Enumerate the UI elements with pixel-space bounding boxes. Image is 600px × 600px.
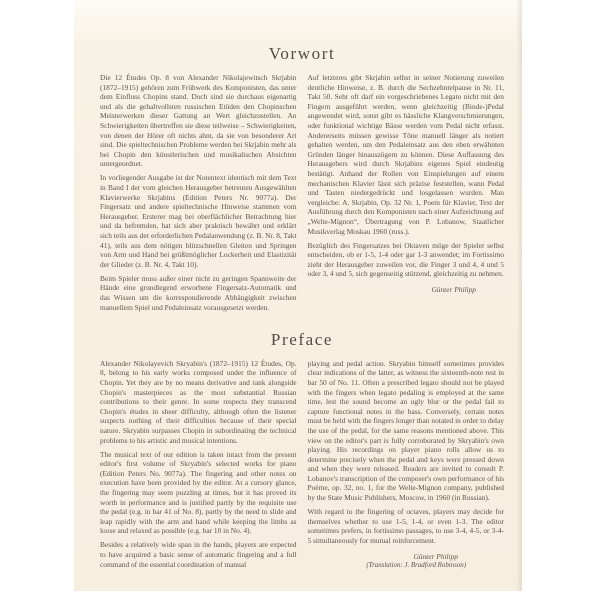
paragraph: Beim Spieler muss außer einer nicht zu g… (100, 274, 297, 312)
preface-columns: Alexander Nikolayevich Skryabin's (1872–… (100, 359, 504, 574)
vorwort-columns: Die 12 Études Op. 8 von Alexander Nikola… (100, 73, 504, 317)
page-content: Vorwort Die 12 Études Op. 8 von Alexande… (100, 0, 504, 574)
paragraph: The musical text of our edition is taken… (100, 450, 297, 536)
paragraph: Auf letzteres gibt Skrjabin selbst in se… (308, 73, 505, 236)
translation-credit: (Translation: J. Bradford Robinson) (308, 561, 505, 570)
preface-heading: Preface (100, 331, 504, 349)
paragraph: With regard to the fingering of octaves,… (308, 507, 505, 545)
paragraph: In vorliegender Ausgabe ist der Notentex… (100, 173, 297, 269)
paragraph: Alexander Nikolayevich Skryabin's (1872–… (100, 359, 297, 445)
scanned-page: Vorwort Die 12 Études Op. 8 von Alexande… (74, 0, 522, 591)
preface-author-signature: Günter Philipp (308, 552, 505, 562)
paragraph: Bezüglich des Fingersatzes bei Oktaven m… (308, 241, 505, 279)
paragraph: Die 12 Études Op. 8 von Alexander Nikola… (100, 73, 297, 169)
preface-right-column: playing and pedal action. Skryabin himse… (308, 359, 505, 574)
vorwort-heading: Vorwort (100, 45, 504, 63)
preface-left-column: Alexander Nikolayevich Skryabin's (1872–… (100, 359, 297, 574)
vorwort-right-column: Auf letzteres gibt Skrjabin selbst in se… (308, 73, 505, 317)
vorwort-author-signature: Günter Philipp (308, 285, 505, 295)
vorwort-left-column: Die 12 Études Op. 8 von Alexander Nikola… (100, 73, 297, 317)
paragraph: playing and pedal action. Skryabin himse… (308, 359, 505, 503)
paragraph: Besides a relatively wide span in the ha… (100, 540, 297, 569)
